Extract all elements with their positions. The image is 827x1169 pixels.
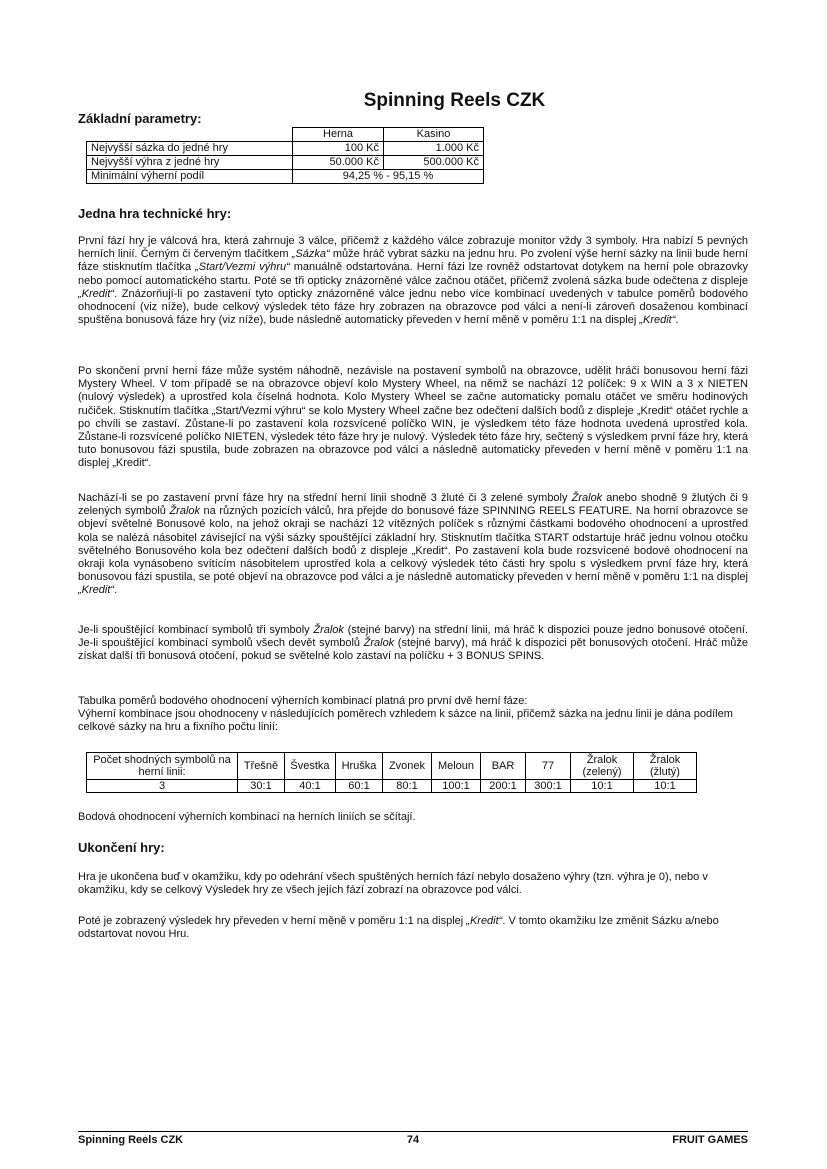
col-herna: Herna — [293, 128, 384, 142]
paytable: Počet shodných symbolů na herní linii: T… — [86, 752, 697, 793]
paytable-header-label: Počet shodných symbolů na herní linii: — [87, 753, 238, 780]
paragraph-mystery-wheel: Po skončení první herní fáze může systém… — [78, 365, 748, 471]
paytable-header-row: Počet shodných symbolů na herní linii: T… — [87, 753, 697, 780]
table-row: Nejvyšší výhra z jedné hry 50.000 Kč 500… — [87, 156, 484, 170]
params-table: Herna Kasino Nejvyšší sázka do jedné hry… — [86, 127, 484, 184]
section-heading-end: Ukončení hry: — [78, 840, 165, 855]
paragraph-sum-note: Bodová ohodnocení výherních kombinací na… — [78, 811, 748, 824]
params-header-row: Herna Kasino — [87, 128, 484, 142]
params-heading: Základní parametry: — [78, 111, 202, 126]
table-row: 3 30:1 40:1 60:1 80:1 100:1 200:1 300:1 … — [87, 780, 697, 793]
page-number: 74 — [78, 1134, 748, 1146]
paragraph-first-phase: První fází hry je válcová hra, která zah… — [78, 235, 748, 327]
table-row: Nejvyšší sázka do jedné hry 100 Kč 1.000… — [87, 142, 484, 156]
footer-divider — [78, 1131, 748, 1132]
paragraph-spinning-reels-feature: Nachází-li se po zastavení první fáze hr… — [78, 492, 748, 598]
paragraph-end-game: Hra je ukončena buď v okamžiku, kdy po o… — [78, 871, 748, 897]
section-heading-game: Jedna hra technické hry: — [78, 206, 231, 221]
paragraph-paytable-intro: Tabulka poměrů bodového ohodnocení výher… — [78, 695, 748, 735]
paragraph-bonus-spins: Je-li spouštějící kombinací symbolů tři … — [78, 624, 748, 664]
table-row: Minimální výherní podíl 94,25 % - 95,15 … — [87, 170, 484, 184]
paragraph-credit-transfer: Poté je zobrazený výsledek hry převeden … — [78, 915, 748, 941]
page-footer: Spinning Reels CZK 74 FRUIT GAMES — [78, 1134, 748, 1146]
col-kasino: Kasino — [384, 128, 484, 142]
page-title: Spinning Reels CZK — [0, 90, 827, 112]
